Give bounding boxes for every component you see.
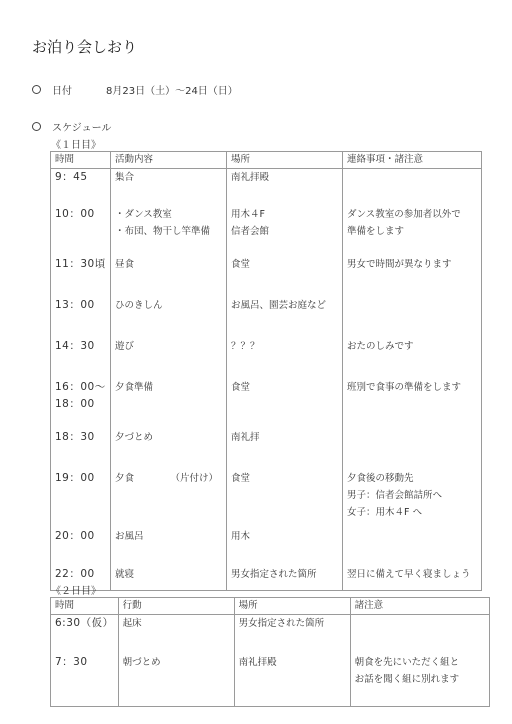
day1-schedule-table: 時間 活動内容 場所 連絡事項・諸注意 9：45集合南礼拝殿10：00・ダンス教… [50,151,482,591]
notes-cell [343,297,482,338]
time-cell: 14：30 [51,338,111,379]
place-line: 食堂 [231,379,338,396]
note-line: 男子：信者会館詰所へ [347,487,477,504]
table-row: 16：00～18：00夕食準備食堂班別で食事の準備をします [51,379,482,429]
note-line: 翌日に備えて早く寝ましょう [347,566,477,583]
table-row: 10：00・ダンス教室・布団、物干し竿準備用木４F信者会館ダンス教室の参加者以外… [51,206,482,256]
activity-cell: 夕づとめ [111,429,227,470]
note-line: お話を聞く組に別れます [355,671,485,688]
table-row: 7：30朝づとめ南礼拝殿朝食を先にいただく組とお話を聞く組に別れます [51,654,490,707]
activity-cell: 遊び [111,338,227,379]
notes-cell: 朝食を先にいただく組とお話を聞く組に別れます [350,654,489,707]
activity-line: 夕食（片付け） [115,470,222,487]
time-cell: 10：00 [51,206,111,256]
table-row: 6:30（仮）起床男女指定された箇所 [51,615,490,655]
time-line: 10：00 [55,206,106,223]
activity-line: お風呂 [115,528,222,545]
date-value: 8月23日（土）～24日（日） [106,82,238,97]
activity-cell: ・ダンス教室・布団、物干し竿準備 [111,206,227,256]
activity-cell: 集合 [111,169,227,207]
time-line: 16：00～ [55,379,106,396]
header-time: 時間 [51,598,119,615]
header-notes: 連絡事項・諸注意 [343,152,482,169]
note-line: ダンス教室の参加者以外で [347,206,477,223]
activity-cell: お風呂 [111,528,227,566]
place-cell: 男女指定された箇所 [227,566,343,591]
time-line: 22：00 [55,566,106,583]
activity-cell: 昼食 [111,256,227,297]
activity-line: 就寝 [115,566,222,583]
table-row: 19：00夕食（片付け）食堂夕食後の移動先男子：信者会館詰所へ女子：用木４F へ [51,470,482,528]
place-line: 男女指定された箇所 [231,566,338,583]
activity-line: ・布団、物干し竿準備 [115,223,222,240]
time-line: 9：45 [55,169,106,186]
place-line: 用木４F [231,206,338,223]
place-line: 南礼拝殿 [239,654,346,671]
note-line: 朝食を先にいただく組と [355,654,485,671]
activity-text: 夕食 [115,470,134,487]
notes-cell: 翌日に備えて早く寝ましょう [343,566,482,591]
table-row: 9：45集合南礼拝殿 [51,169,482,207]
time-cell: 13：00 [51,297,111,338]
time-cell: 16：00～18：00 [51,379,111,429]
time-line: 18：00 [55,396,106,413]
date-line: 日付 8月23日（土）～24日（日） [32,82,238,97]
day2-label: 《２日目》 [51,582,101,597]
activity-cell: 朝づとめ [118,654,234,707]
notes-cell: 班別で食事の準備をします [343,379,482,429]
note-line: 夕食後の移動先 [347,470,477,487]
place-line: 信者会館 [231,223,338,240]
table-row: 13：00ひのきしんお風呂、園芸お庭など [51,297,482,338]
place-cell: 食堂 [227,379,343,429]
note-line: 男女で時間が異なります [347,256,477,273]
schedule-heading: スケジュール [32,119,111,134]
notes-cell: 夕食後の移動先男子：信者会館詰所へ女子：用木４F へ [343,470,482,528]
schedule-label: スケジュール [52,119,111,134]
time-cell: 18：30 [51,429,111,470]
notes-cell: おたのしみです [343,338,482,379]
time-line: 6:30（仮） [55,615,114,632]
place-line: 南礼拝殿 [231,169,338,186]
table-row: 22：00就寝男女指定された箇所翌日に備えて早く寝ましょう [51,566,482,591]
note-line: 準備をします [347,223,477,240]
place-line: 食堂 [231,256,338,273]
place-cell: ？？？ [227,338,343,379]
time-cell: 6:30（仮） [51,615,119,655]
note-line: おたのしみです [347,338,477,355]
activity-cell: 夕食（片付け） [111,470,227,528]
table-row: 11：30頃昼食食堂男女で時間が異なります [51,256,482,297]
time-line: 20：00 [55,528,106,545]
notes-cell: ダンス教室の参加者以外で準備をします [343,206,482,256]
header-activity: 活動内容 [111,152,227,169]
time-line: 14：30 [55,338,106,355]
place-cell: お風呂、園芸お庭など [227,297,343,338]
table-row: 14：30遊び？？？おたのしみです [51,338,482,379]
place-line: お風呂、園芸お庭など [231,297,338,314]
table-header-row: 時間 行動 場所 諸注意 [51,598,490,615]
activity-line: ひのきしん [115,297,222,314]
header-notes: 諸注意 [350,598,489,615]
time-line: 11：30頃 [55,256,106,273]
date-label: 日付 [52,82,106,97]
place-cell: 南礼拝殿 [227,169,343,207]
activity-extra-text: （片付け） [170,470,218,487]
header-place: 場所 [227,152,343,169]
place-cell: 南礼拝 [227,429,343,470]
notes-cell [350,615,489,655]
place-cell: 食堂 [227,256,343,297]
time-line: 19：00 [55,470,106,487]
time-line: 13：00 [55,297,106,314]
place-line: 食堂 [231,470,338,487]
time-cell: 20：00 [51,528,111,566]
activity-cell: 起床 [118,615,234,655]
activity-cell: 就寝 [111,566,227,591]
time-cell: 9：45 [51,169,111,207]
circle-bullet-icon [32,122,41,131]
notes-cell [343,528,482,566]
place-cell: 用木４F信者会館 [227,206,343,256]
place-cell: 南礼拝殿 [234,654,350,707]
circle-bullet-icon [32,85,41,94]
document-title: お泊り会しおり [32,36,137,57]
activity-line: 遊び [115,338,222,355]
table-header-row: 時間 活動内容 場所 連絡事項・諸注意 [51,152,482,169]
table-row: 18：30夕づとめ南礼拝 [51,429,482,470]
activity-line: 昼食 [115,256,222,273]
place-line: 用木 [231,528,338,545]
time-cell: 7：30 [51,654,119,707]
time-line: 18：30 [55,429,106,446]
place-cell: 用木 [227,528,343,566]
place-line: 南礼拝 [231,429,338,446]
activity-cell: 夕食準備 [111,379,227,429]
activity-cell: ひのきしん [111,297,227,338]
header-place: 場所 [234,598,350,615]
activity-line: 起床 [123,615,230,632]
activity-line: 集合 [115,169,222,186]
time-line: 7：30 [55,654,114,671]
notes-cell [343,429,482,470]
note-line: 班別で食事の準備をします [347,379,477,396]
note-line: 女子：用木４F へ [347,504,477,521]
place-cell: 食堂 [227,470,343,528]
activity-line: 夕づとめ [115,429,222,446]
place-cell: 男女指定された箇所 [234,615,350,655]
place-line: 男女指定された箇所 [239,615,346,632]
table-row: 20：00お風呂用木 [51,528,482,566]
header-action: 行動 [118,598,234,615]
activity-line: ・ダンス教室 [115,206,222,223]
place-line: ？？？ [231,338,338,355]
activity-line: 夕食準備 [115,379,222,396]
time-cell: 11：30頃 [51,256,111,297]
notes-cell [343,169,482,207]
header-time: 時間 [51,152,111,169]
notes-cell: 男女で時間が異なります [343,256,482,297]
time-cell: 19：00 [51,470,111,528]
day1-label: 《１日目》 [51,136,101,151]
activity-line: 朝づとめ [123,654,230,671]
day2-schedule-table: 時間 行動 場所 諸注意 6:30（仮）起床男女指定された箇所7：30朝づとめ南… [50,597,490,707]
